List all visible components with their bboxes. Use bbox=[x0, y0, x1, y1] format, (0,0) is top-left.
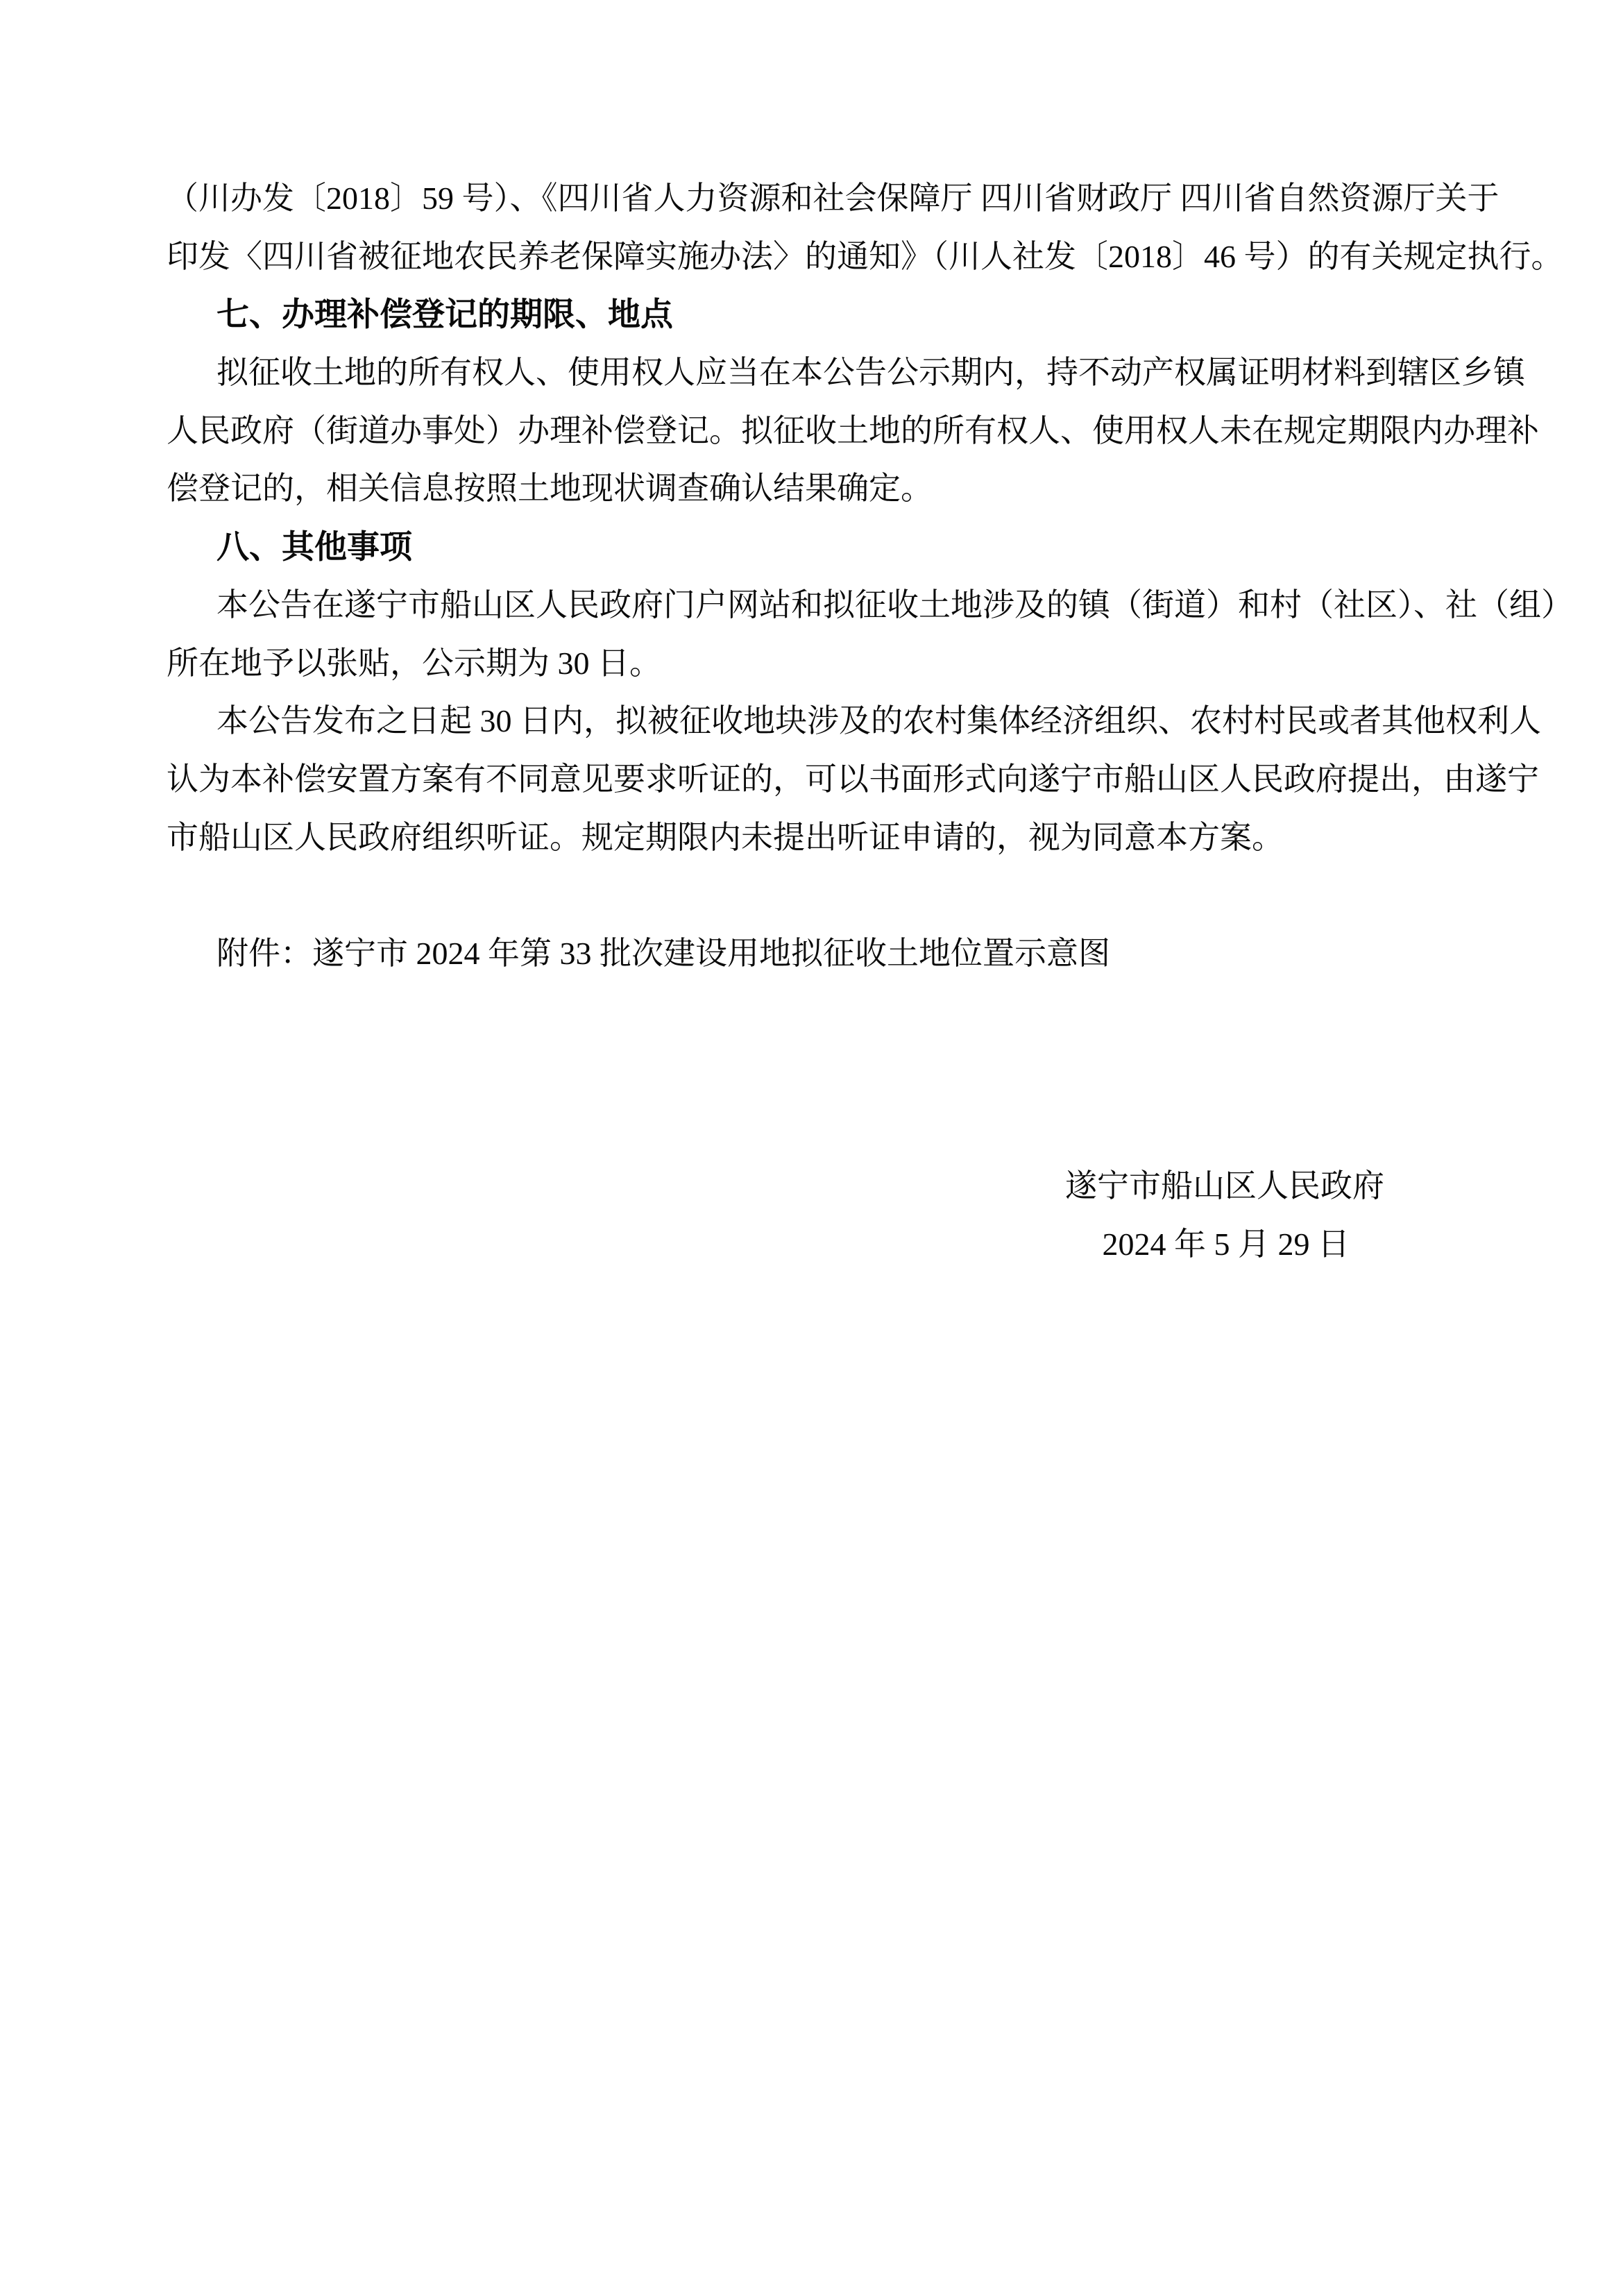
body-line: （川办发〔2018〕59 号）、《四川省人力资源和社会保障厅 四川省财政厅 四川… bbox=[167, 169, 1478, 228]
body-line: 认为本补偿安置方案有不同意见要求听证的，可以书面形式向遂宁市船山区人民政府提出，… bbox=[167, 750, 1478, 809]
section7-heading: 七、办理补偿登记的期限、地点 bbox=[167, 285, 1478, 344]
body-line: 本公告在遂宁市船山区人民政府门户网站和拟征收土地涉及的镇（街道）和村（社区）、社… bbox=[167, 576, 1478, 634]
body-line: 市船山区人民政府组织听证。规定期限内未提出听证申请的，视为同意本方案。 bbox=[167, 809, 1478, 867]
body-line: 本公告发布之日起 30 日内，拟被征收地块涉及的农村集体经济组织、农村村民或者其… bbox=[167, 692, 1478, 750]
signature-date-line: 2024 年 5 月 29 日 bbox=[167, 1215, 1478, 1274]
body-line: 偿登记的，相关信息按照土地现状调查确认结果确定。 bbox=[167, 459, 1478, 518]
document-page: （川办发〔2018〕59 号）、《四川省人力资源和社会保障厅 四川省财政厅 四川… bbox=[0, 0, 1623, 2296]
signature-issuer-line: 遂宁市船山区人民政府 bbox=[167, 1157, 1478, 1215]
body-line: 印发〈四川省被征地农民养老保障实施办法〉的通知》（川人社发〔2018〕46 号）… bbox=[167, 228, 1478, 286]
attachment-line: 附件：遂宁市 2024 年第 33 批次建设用地拟征收土地位置示意图 bbox=[167, 925, 1478, 983]
section8-heading: 八、其他事项 bbox=[167, 518, 1478, 576]
body-line: 人民政府（街道办事处）办理补偿登记。拟征收土地的所有权人、使用权人未在规定期限内… bbox=[167, 402, 1478, 460]
body-line: 所在地予以张贴，公示期为 30 日。 bbox=[167, 634, 1478, 693]
body-line: 拟征收土地的所有权人、使用权人应当在本公告公示期内，持不动产权属证明材料到辖区乡… bbox=[167, 344, 1478, 402]
document-content: （川办发〔2018〕59 号）、《四川省人力资源和社会保障厅 四川省财政厅 四川… bbox=[167, 169, 1478, 1273]
